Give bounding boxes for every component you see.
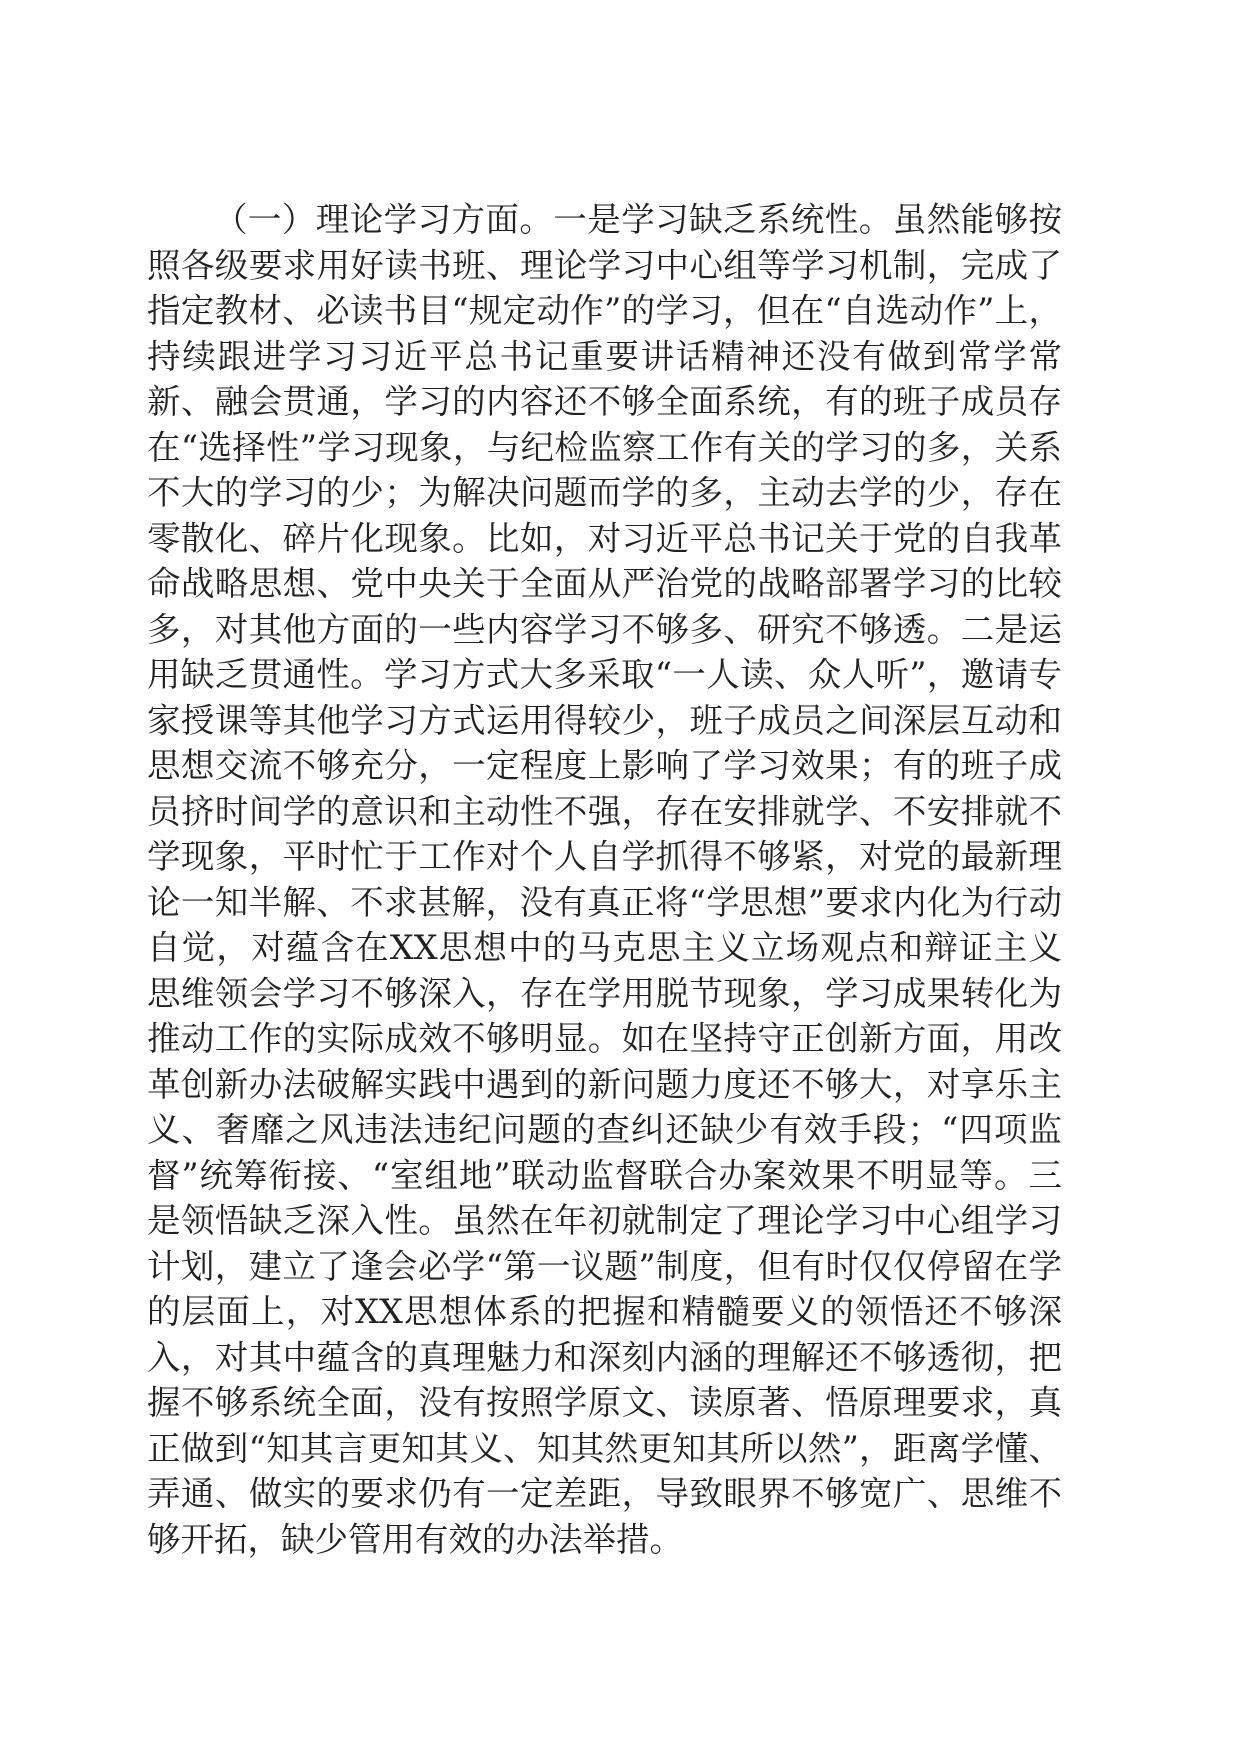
document-page: （一）理论学习方面。一是学习缺乏系统性。虽然能够按照各级要求用好读书班、理论学习… xyxy=(0,0,1240,1754)
paragraph-theory-study-section: （一）理论学习方面。一是学习缺乏系统性。虽然能够按照各级要求用好读书班、理论学习… xyxy=(147,197,1062,1562)
document-body: （一）理论学习方面。一是学习缺乏系统性。虽然能够按照各级要求用好读书班、理论学习… xyxy=(0,0,1240,1562)
